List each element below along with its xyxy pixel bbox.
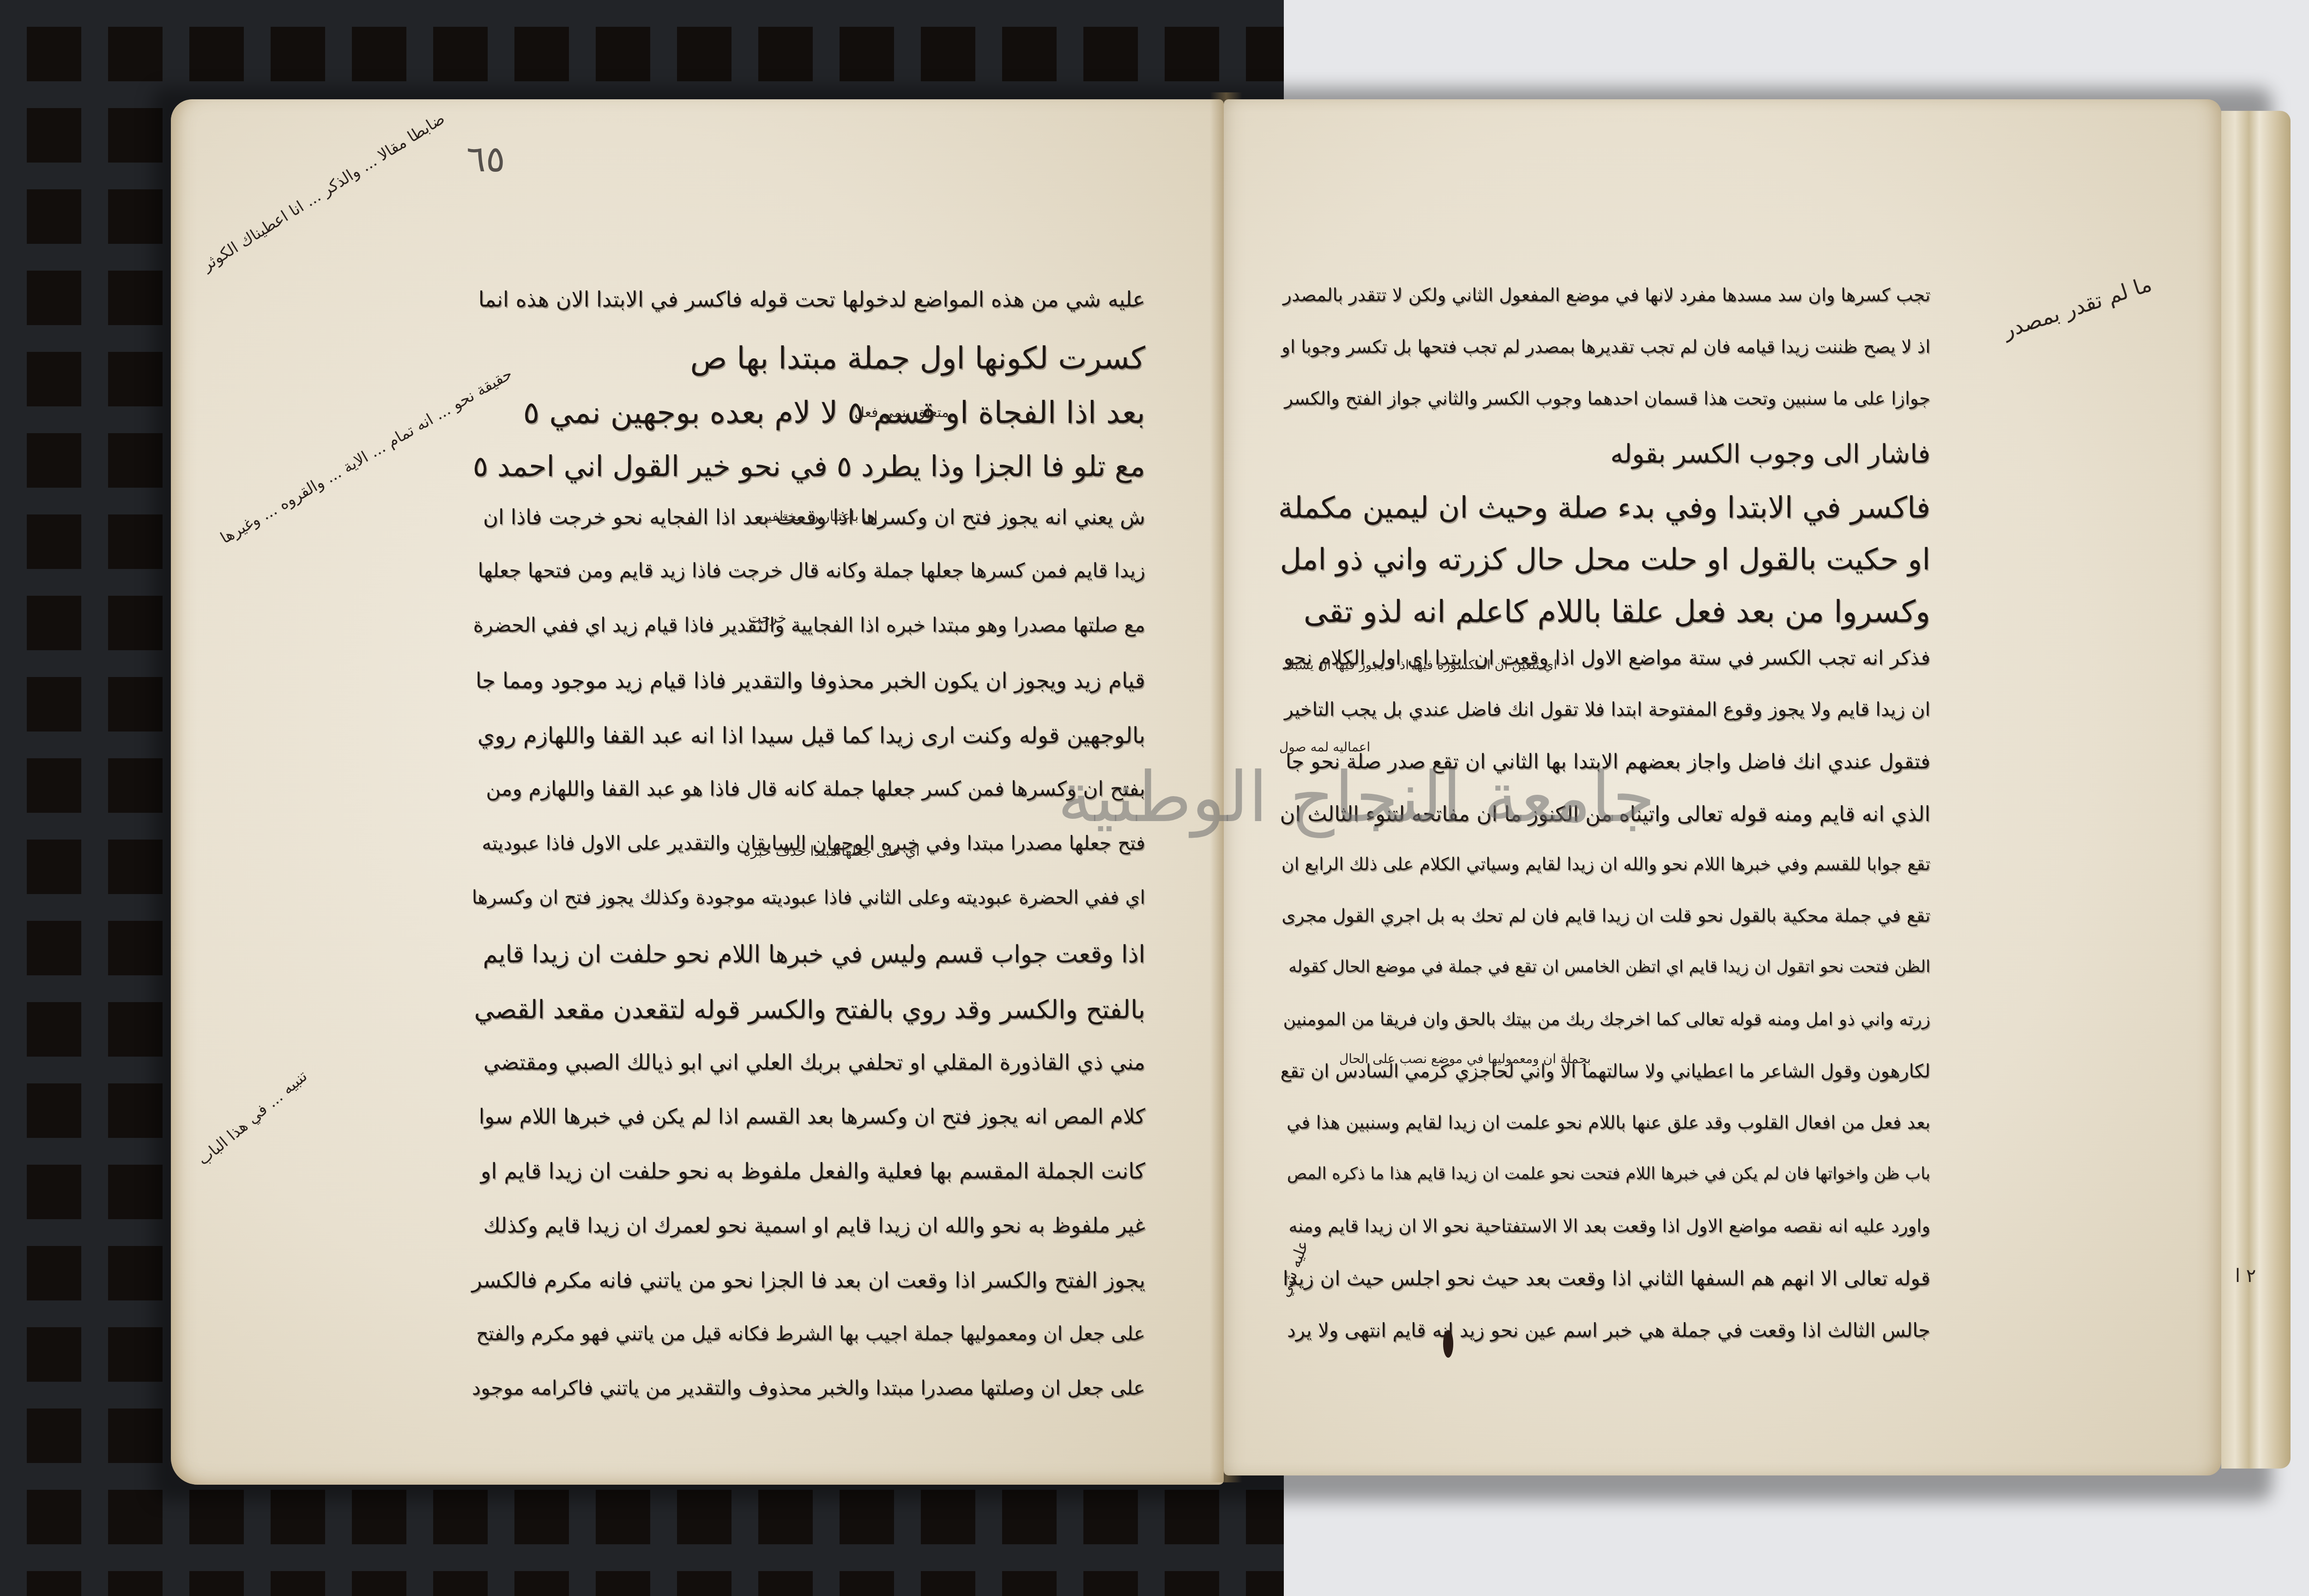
left-text-line: اي ففي الحضرة عبوديته وعلى الثاني فاذا ع… xyxy=(472,888,1145,907)
right-text-line: فاشار الى وجوب الكسر بقوله xyxy=(1610,441,1930,467)
right-text-line: بعد فعل من افعال القلوب وقد علق عنها بال… xyxy=(1287,1114,1930,1132)
right-text-line: فاكسر في الابتدا وفي بدء صلة وحيث ان ليم… xyxy=(1278,493,1930,523)
left-text-line: كسرت لكونها اول جملة مبتدا بها ص xyxy=(690,343,1146,374)
left-text-line: كلام المص انه يجوز فتح ان وكسرها بعد الق… xyxy=(479,1106,1145,1127)
right-text-line: زرته واني ذو امل ومنه قوله تعالى كما اخر… xyxy=(1283,1010,1930,1028)
left-text-line: مع صلتها مصدرا وهو مبتدا خبره اذا الفجاي… xyxy=(473,616,1145,635)
university-watermark: جامعة النجاح الوطنية xyxy=(1058,757,1655,838)
right-edge-note: ٢ ا xyxy=(2235,1265,2256,1287)
left-text-line: على جعل ان ومعموليها جملة اجيب بها الشرط… xyxy=(476,1324,1145,1343)
left-text-line: عليه شي من هذه المواضع لدخولها تحت قوله … xyxy=(478,289,1145,310)
right-interlinear-note-2: اعماليه لمه صول xyxy=(1279,739,1370,755)
folio-number: ٦٥ xyxy=(466,139,505,180)
left-text-line: بالفتح والكسر وقد روي بالفتح والكسر قوله… xyxy=(474,997,1146,1022)
right-text-line: جوازا على ما سنبين وتحت هذا قسمان احدهما… xyxy=(1284,390,1930,408)
left-text-line: مني ذي القاذورة المقلي او تحلفي بربك الع… xyxy=(484,1052,1145,1073)
right-text-line: جالس الثالث اذا وقعت في جملة هي خبر اسم … xyxy=(1287,1321,1930,1340)
left-text-line: يجوز الفتح والكسر اذا وقعت ان بعد فا الج… xyxy=(471,1270,1145,1291)
right-interlinear-note-1: اي تتعين ان المكسورة فيها اذ لا يجوز فيه… xyxy=(1284,657,1557,673)
right-text-line: باب ظن واخواتها فان لم يكن في خبرها اللا… xyxy=(1287,1166,1930,1182)
right-text-line: اذ لا يصح ظننت زيدا قيامه فان لم تجب تقد… xyxy=(1281,338,1930,356)
left-text-line: زيدا قايم فمن كسرها جعلها جملة وكانه قال… xyxy=(478,561,1145,581)
left-text-line: اذا وقعت جواب قسم وليس في خبرها اللام نح… xyxy=(483,943,1145,967)
right-text-line: ان زيدا قايم ولا يجوز وقوع المفتوحة ابتد… xyxy=(1284,700,1930,719)
left-text-line: مع تلو فا الجزا وذا يطرد ٥ في نحو خير ال… xyxy=(473,452,1145,481)
left-text-line: بعد اذا الفجاة او قسم ٥ لا لام بعده بوجه… xyxy=(523,398,1145,428)
right-text-line: واورد عليه انه نقصه مواضع الاول اذا وقعت… xyxy=(1288,1217,1930,1235)
right-text-line: وكسروا من بعد فعل علقا باللام كاعلم انه … xyxy=(1304,597,1930,627)
left-interlinear-note-4: اي على جعلها مبتدا حذف خبره xyxy=(743,843,920,860)
right-text-line: الظن فتحت نحو اتقول ان زيدا قايم اي اتظن… xyxy=(1288,959,1930,975)
left-text-line: قيام زيد ويجوز ان يكون الخبر محذوفا والت… xyxy=(476,670,1145,692)
right-text-line: تقع جوابا للقسم وفي خبرها اللام نحو والل… xyxy=(1281,855,1930,873)
left-text-line: على جعل ان وصلتها مصدرا مبتدا والخبر محذ… xyxy=(472,1378,1145,1398)
right-text-line: تجب كسرها وان سد مسدها مفرد لانها في موض… xyxy=(1283,286,1930,304)
right-text-line: تقع في جملة محكية بالقول نحو قلت ان زيدا… xyxy=(1281,907,1930,925)
left-text-line: كانت الجملة المقسم بها فعلية والفعل ملفو… xyxy=(481,1161,1145,1182)
left-interlinear-note-2: اي باعتبارين مختلفين xyxy=(757,508,878,526)
right-interlinear-note-3: بجملة ان ومعموليها في موضع نصب على الحال xyxy=(1339,1051,1591,1067)
page-edges-stack xyxy=(2221,111,2291,1469)
right-text-line: او حكيت بالقول او حلت محل حال كزرته واني… xyxy=(1280,545,1930,574)
ink-blot xyxy=(1443,1330,1453,1358)
left-text-line: غير ملفوظ به نحو والله ان زيدا قايم او ا… xyxy=(483,1215,1145,1236)
left-text-line: بفتح ان وكسرها فمن كسر جعلها جملة كانه ق… xyxy=(486,779,1145,799)
left-text-line: بالوجهين قوله وكنت ارى زيدا كما قيل سيدا… xyxy=(478,725,1145,747)
left-interlinear-note-1: متعلق بنمي فعل xyxy=(854,404,949,422)
left-interlinear-note-3: خرجت xyxy=(748,610,786,627)
right-text-line: قوله تعالى الا انهم هم السفها الثاني اذا… xyxy=(1283,1269,1930,1289)
